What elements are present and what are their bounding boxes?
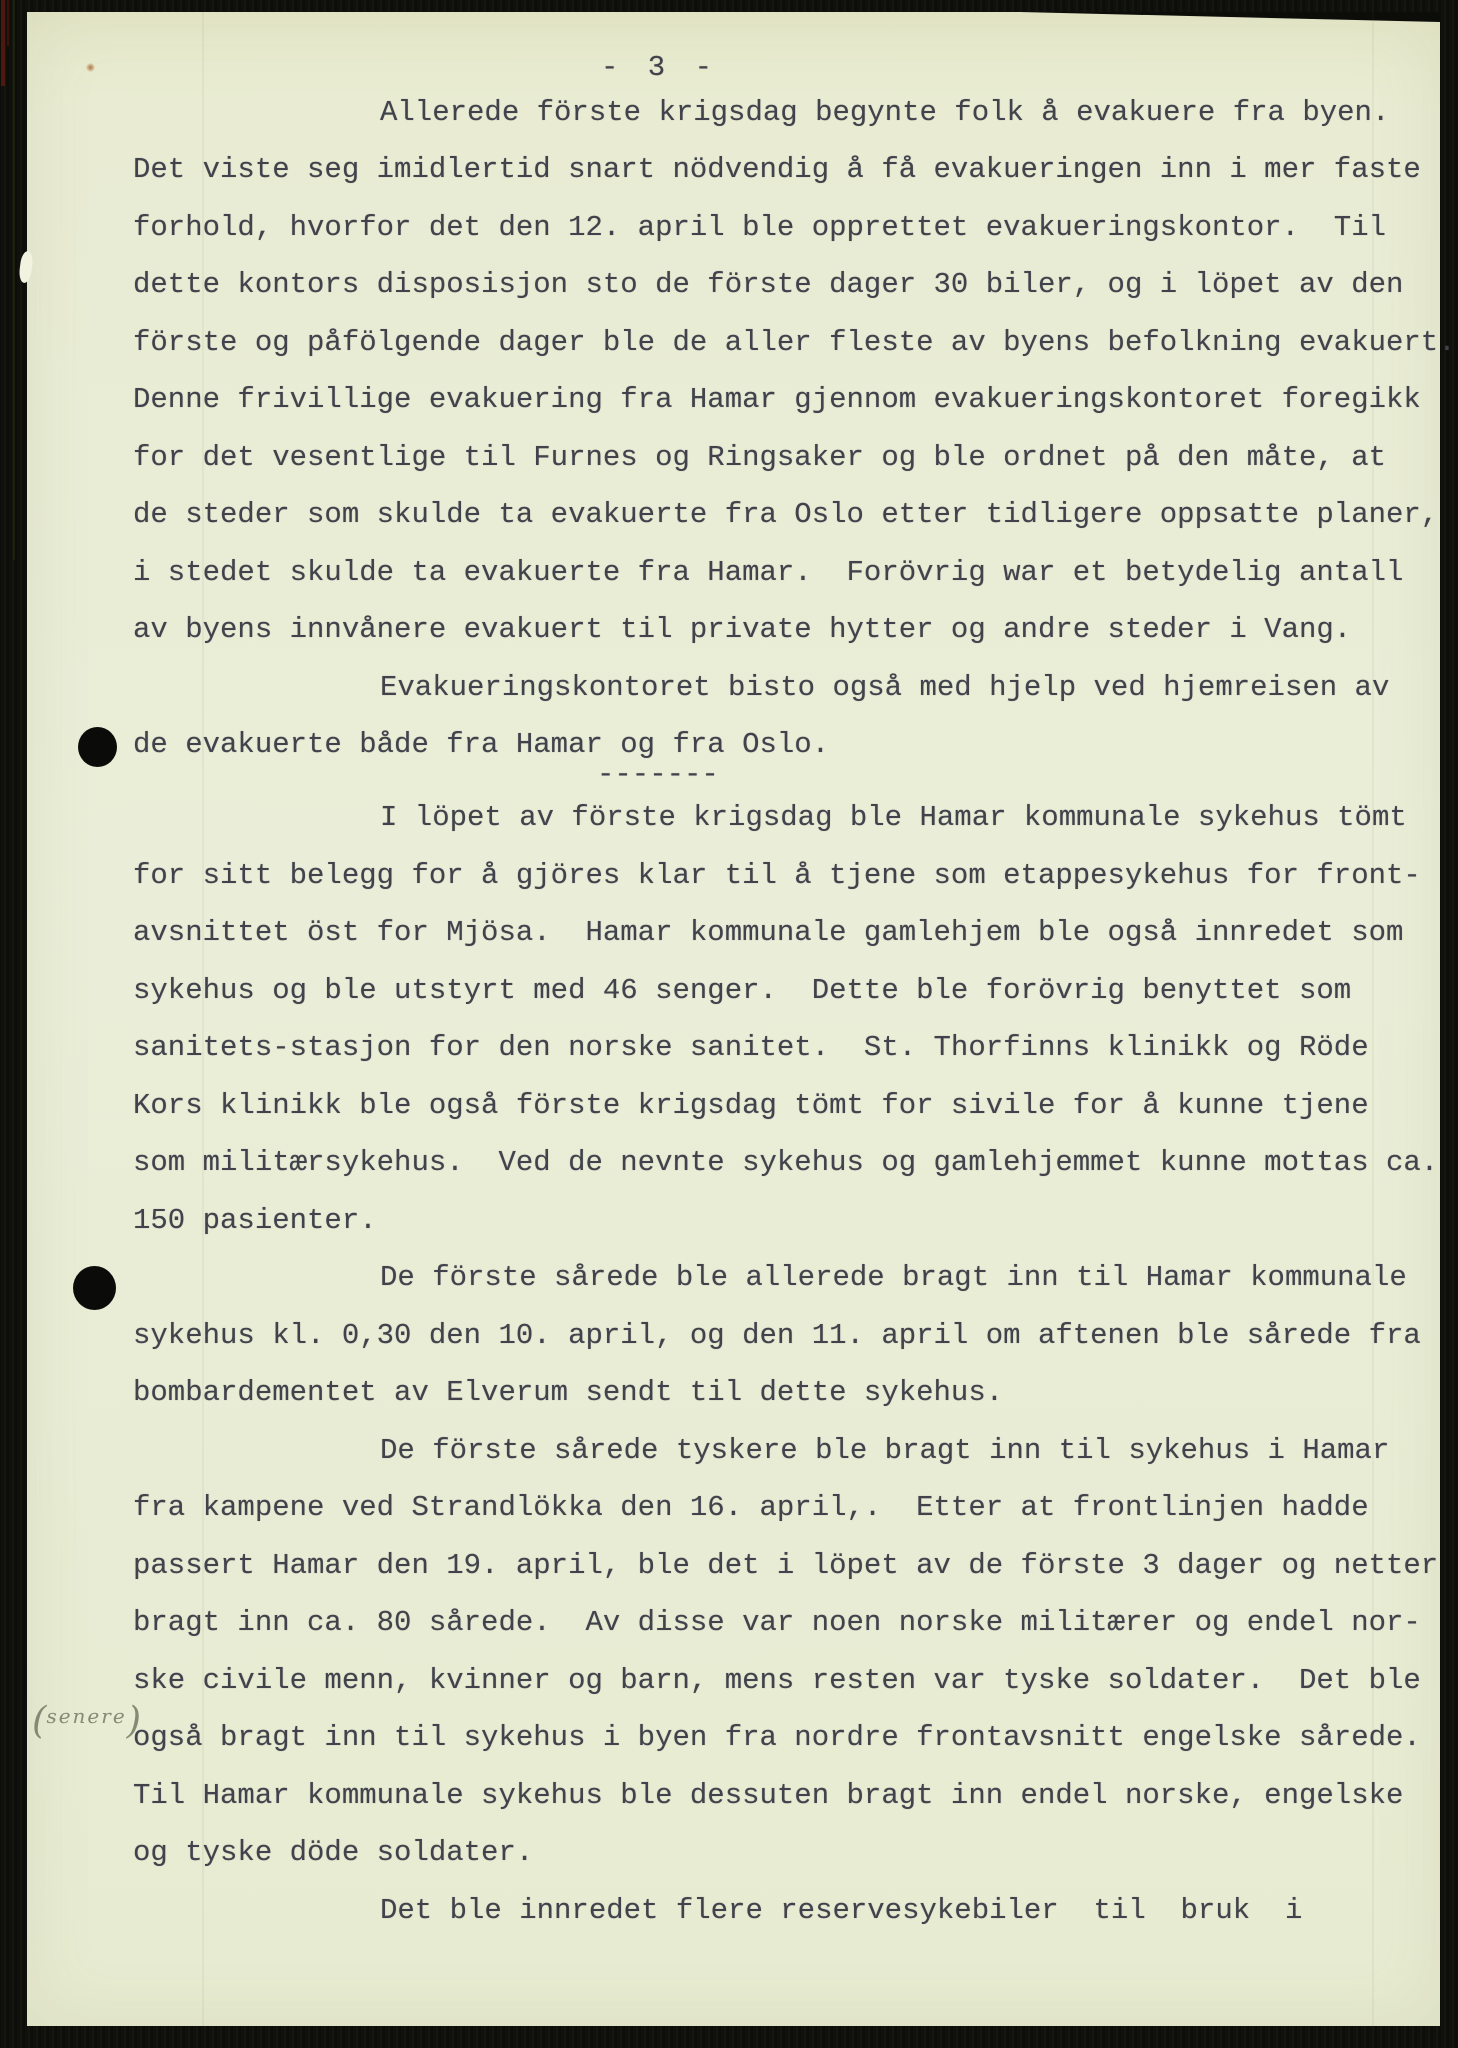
- scan-edge-streak: [1, 0, 5, 86]
- text-line: fra kampene ved Strandlökka den 16. apri…: [133, 1493, 1369, 1522]
- text-line: Kors klinikk ble også förste krigsdag tö…: [133, 1091, 1369, 1120]
- text-line: forhold, hvorfor det den 12. april ble o…: [133, 213, 1386, 242]
- text-line: sykehus og ble utstyrt med 46 senger. De…: [133, 976, 1351, 1005]
- margin-note-word: senere: [46, 1704, 126, 1728]
- text-line: Det ble innredet flere reservesykebiler …: [380, 1896, 1302, 1925]
- text-line: og tyske döde soldater.: [133, 1838, 533, 1867]
- scanned-document-page: - 3 - Allerede förste krigsdag begynte f…: [0, 0, 1458, 2048]
- text-line: De förste sårede tyskere ble bragt inn t…: [380, 1436, 1389, 1465]
- text-line: dette kontors disposisjon sto de förste …: [133, 270, 1403, 299]
- text-line: sanitets-stasjon for den norske sanitet.…: [133, 1033, 1369, 1062]
- text-line: De förste sårede ble allerede bragt inn …: [380, 1263, 1407, 1292]
- handwritten-margin-note: (senere): [32, 1702, 141, 1739]
- page-number: - 3 -: [601, 53, 718, 82]
- text-line: Til Hamar kommunale sykehus ble dessuten…: [133, 1781, 1403, 1810]
- text-line: sykehus kl. 0,30 den 10. april, og den 1…: [133, 1321, 1421, 1350]
- section-separator: -------: [597, 760, 719, 789]
- text-line: for det vesentlige til Furnes og Ringsak…: [133, 443, 1386, 472]
- text-line: Det viste seg imidlertid snart nödvendig…: [133, 155, 1421, 184]
- text-line: Evakueringskontoret bisto også med hjelp…: [380, 673, 1389, 702]
- scan-edge-streak: [7, 0, 9, 46]
- text-line: av byens innvånere evakuert til private …: [133, 615, 1351, 644]
- text-line: 150 pasienter.: [133, 1206, 377, 1235]
- hole-punch: [78, 727, 117, 767]
- text-line: avsnittet öst for Mjösa. Hamar kommunale…: [133, 918, 1403, 947]
- text-line: förste og påfölgende dager ble de aller …: [133, 328, 1456, 357]
- text-line: I löpet av förste krigsdag ble Hamar kom…: [380, 803, 1407, 832]
- text-line: som militærsykehus. Ved de nevnte sykehu…: [133, 1148, 1438, 1177]
- text-line: de evakuerte både fra Hamar og fra Oslo.: [133, 730, 829, 759]
- hole-punch: [73, 1266, 116, 1310]
- margin-note-close-paren: ): [127, 1699, 141, 1742]
- paper-stain: [86, 63, 95, 72]
- text-line: de steder som skulde ta evakuerte fra Os…: [133, 500, 1438, 529]
- text-line: for sitt belegg for å gjöres klar til å …: [133, 861, 1421, 890]
- text-line: Denne frivillige evakuering fra Hamar gj…: [133, 385, 1421, 414]
- text-line: bombardementet av Elverum sendt til dett…: [133, 1378, 1003, 1407]
- text-line: passert Hamar den 19. april, ble det i l…: [133, 1551, 1438, 1580]
- text-line: bragt inn ca. 80 sårede. Av disse var no…: [133, 1608, 1421, 1637]
- text-line: ske civile menn, kvinner og barn, mens r…: [133, 1666, 1421, 1695]
- text-line: Allerede förste krigsdag begynte folk å …: [380, 98, 1389, 127]
- margin-note-open-paren: (: [32, 1699, 46, 1742]
- text-line: i stedet skulde ta evakuerte fra Hamar. …: [133, 558, 1403, 587]
- text-line: også bragt inn til sykehus i byen fra no…: [133, 1723, 1421, 1752]
- scan-edge-streak: [13, 0, 15, 560]
